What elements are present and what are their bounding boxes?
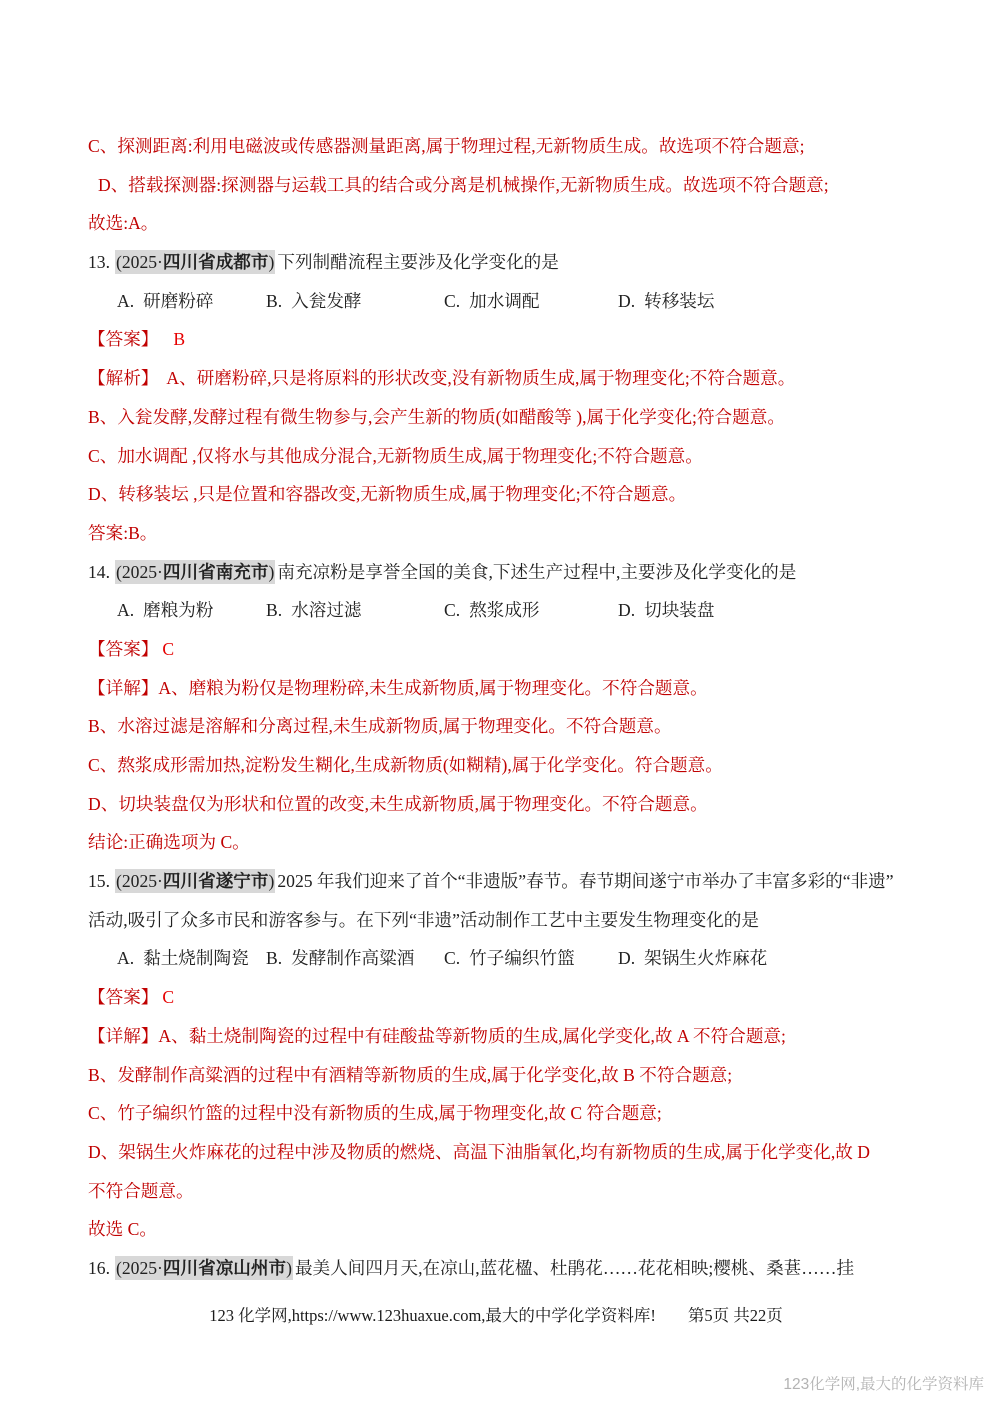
question-number: 13. (88, 252, 110, 272)
option-a[interactable]: A.磨粮为粉 (117, 591, 214, 630)
footer-url[interactable]: https://www.123huaxue.com (292, 1306, 482, 1325)
question-13-conclusion: 答案:B。 (88, 514, 924, 553)
option-a[interactable]: A.黏土烧制陶瓷 (117, 939, 249, 978)
option-d[interactable]: D.架锅生火炸麻花 (618, 939, 767, 978)
question-14-header: 14.(2025·四川省南充市)南充凉粉是享誉全国的美食,下述生产过程中,主要涉… (88, 553, 924, 592)
question-15-answer-line: 【答案】C (88, 978, 924, 1017)
option-c-label: C. (444, 948, 460, 968)
source-region: 四川省凉山州市 (163, 1258, 286, 1278)
question-14-analysis-a: 【详解】A、磨粮为粉仅是物理粉碎,未生成新物质,属于物理变化。不符合题意。 (88, 669, 924, 708)
question-number: 16. (88, 1258, 110, 1278)
option-a-text: 磨粮为粉 (143, 600, 213, 620)
option-d-label: D. (618, 600, 635, 620)
question-number: 15. (88, 871, 110, 891)
question-stem-line1: 2025 年我们迎来了首个“非遗版”春节。春节期间遂宁市举办了丰富多彩的“非遗” (277, 871, 893, 891)
question-number: 14. (88, 562, 110, 582)
question-14-analysis-b: B、水溶过滤是溶解和分离过程,未生成新物质,属于物理变化。不符合题意。 (88, 707, 924, 746)
question-source-highlight: (2025·四川省凉山州市) (115, 1256, 293, 1280)
question-13-analysis-c: C、加水调配 ,仅将水与其他成分混合,无新物质生成,属于物理变化;不符合题意。 (88, 437, 924, 476)
option-a-label: A. (117, 600, 134, 620)
question-13-header: 13.(2025·四川省成都市)下列制醋流程主要涉及化学变化的是 (88, 243, 924, 282)
answer-label: 【答案】 (88, 987, 158, 1007)
option-a-text: 研磨粉碎 (143, 291, 213, 311)
option-a-label: A. (117, 291, 134, 311)
question-15-analysis-d: D、架锅生火炸麻花的过程中涉及物质的燃烧、高温下油脂氧化,均有新物质的生成,属于… (88, 1133, 924, 1172)
question-14-analysis-d: D、切块装盘仅为形状和位置的改变,未生成新物质,属于物理变化。不符合题意。 (88, 785, 924, 824)
option-c-text: 竹子编织竹篮 (469, 948, 575, 968)
analysis-label: 【详解】 (88, 678, 158, 698)
question-14-conclusion: 结论:正确选项为 C。 (88, 823, 924, 862)
option-d-label: D. (618, 948, 635, 968)
explanation-line-option-d: D、搭载探测器:探测器与运载工具的结合或分离是机械操作,无新物质生成。故选项不符… (88, 166, 924, 205)
option-c[interactable]: C.加水调配 (444, 282, 540, 321)
option-a[interactable]: A.研磨粉碎 (117, 282, 214, 321)
question-15-conclusion: 故选 C。 (88, 1210, 924, 1249)
option-b-label: B. (266, 948, 282, 968)
option-c[interactable]: C.竹子编织竹篮 (444, 939, 575, 978)
question-13-answer-line: 【答案】B (88, 320, 924, 359)
analysis-text: A、黏土烧制陶瓷的过程中有硅酸盐等新物质的生成,属化学变化,故 A 不符合题意; (158, 1026, 786, 1046)
question-16-header: 16.(2025·四川省凉山州市)最美人间四月天,在凉山,蓝花楹、杜鹃花……花花… (88, 1249, 924, 1288)
site-watermark: 123化学网,最大的化学资料库 (783, 1372, 984, 1394)
source-region: 四川省南充市 (163, 562, 269, 582)
option-b[interactable]: B.发酵制作高粱酒 (266, 939, 414, 978)
source-year: (2025· (116, 252, 163, 272)
option-a-text: 黏土烧制陶瓷 (143, 948, 249, 968)
answer-label: 【答案】 (88, 639, 158, 659)
question-source-highlight: (2025·四川省成都市) (115, 250, 275, 274)
source-region: 四川省成都市 (163, 252, 269, 272)
option-d-label: D. (618, 291, 635, 311)
option-d[interactable]: D.转移装坛 (618, 282, 715, 321)
source-year: (2025· (116, 871, 163, 891)
answer-letter: C (162, 639, 174, 659)
footer-page-number: 第5页 共22页 (688, 1306, 783, 1325)
option-b-label: B. (266, 291, 282, 311)
analysis-text: A、研磨粉碎,只是将原料的形状改变,没有新物质生成,属于物理变化;不符合题意。 (166, 368, 795, 388)
question-15-analysis-a: 【详解】A、黏土烧制陶瓷的过程中有硅酸盐等新物质的生成,属化学变化,故 A 不符… (88, 1017, 924, 1056)
question-15-header: 15.(2025·四川省遂宁市)2025 年我们迎来了首个“非遗版”春节。春节期… (88, 862, 924, 901)
option-c-label: C. (444, 291, 460, 311)
source-region: 四川省遂宁市 (163, 871, 269, 891)
question-14-options: A.磨粮为粉 B.水溶过滤 C.熬浆成形 D.切块装盘 (88, 591, 924, 630)
option-c[interactable]: C.熬浆成形 (444, 591, 540, 630)
source-close: ) (268, 252, 274, 272)
answer-label: 【答案】 (88, 329, 158, 349)
option-d-text: 架锅生火炸麻花 (644, 948, 767, 968)
exam-document-page: C、探测距离:利用电磁波或传感器测量距离,属于物理过程,无新物质生成。故选项不符… (0, 0, 992, 1403)
question-stem: 下列制醋流程主要涉及化学变化的是 (277, 252, 559, 272)
question-13-options: A.研磨粉碎 B.入瓮发酵 C.加水调配 D.转移装坛 (88, 282, 924, 321)
option-d[interactable]: D.切块装盘 (618, 591, 715, 630)
question-13-analysis-a: 【解析】A、研磨粉碎,只是将原料的形状改变,没有新物质生成,属于物理变化;不符合… (88, 359, 924, 398)
option-b[interactable]: B.入瓮发酵 (266, 282, 362, 321)
option-c-label: C. (444, 600, 460, 620)
question-stem: 南充凉粉是享誉全国的美食,下述生产过程中,主要涉及化学变化的是 (277, 562, 796, 582)
option-b[interactable]: B.水溶过滤 (266, 591, 362, 630)
option-b-text: 发酵制作高粱酒 (291, 948, 414, 968)
page-footer: 123 化学网,https://www.123huaxue.com,最大的中学化… (0, 1303, 992, 1329)
source-year: (2025· (116, 562, 163, 582)
analysis-text: A、磨粮为粉仅是物理粉碎,未生成新物质,属于物理变化。不符合题意。 (158, 678, 707, 698)
explanation-line-option-c: C、探测距离:利用电磁波或传感器测量距离,属于物理过程,无新物质生成。故选项不符… (88, 127, 924, 166)
answer-letter: C (162, 987, 174, 1007)
footer-site-name: 123 化学网, (209, 1306, 292, 1325)
answer-letter: B (173, 329, 185, 349)
question-13-analysis-d: D、转移装坛 ,只是位置和容器改变,无新物质生成,属于物理变化;不符合题意。 (88, 475, 924, 514)
source-close: ) (286, 1258, 292, 1278)
question-15-analysis-b: B、发酵制作高粱酒的过程中有酒精等新物质的生成,属于化学变化,故 B 不符合题意… (88, 1056, 924, 1095)
question-source-highlight: (2025·四川省南充市) (115, 560, 275, 584)
question-14-answer-line: 【答案】C (88, 630, 924, 669)
question-13-analysis-b: B、入瓮发酵,发酵过程有微生物参与,会产生新的物质(如醋酸等 ),属于化学变化;… (88, 398, 924, 437)
question-15-stem-line2: 活动,吸引了众多市民和游客参与。在下列“非遗”活动制作工艺中主要发生物理变化的是 (88, 901, 924, 940)
page-content: C、探测距离:利用电磁波或传感器测量距离,属于物理过程,无新物质生成。故选项不符… (88, 127, 924, 1288)
question-14-analysis-c: C、熬浆成形需加热,淀粉发生糊化,生成新物质(如糊精),属于化学变化。符合题意。 (88, 746, 924, 785)
question-source-highlight: (2025·四川省遂宁市) (115, 869, 275, 893)
explanation-conclusion: 故选:A。 (88, 204, 924, 243)
option-b-label: B. (266, 600, 282, 620)
analysis-label: 【解析】 (88, 368, 158, 388)
option-d-text: 转移装坛 (644, 291, 714, 311)
footer-tagline: ,最大的中学化学资料库! (481, 1306, 656, 1325)
question-15-options: A.黏土烧制陶瓷 B.发酵制作高粱酒 C.竹子编织竹篮 D.架锅生火炸麻花 (88, 939, 924, 978)
question-stem: 最美人间四月天,在凉山,蓝花楹、杜鹃花……花花相映;樱桃、桑葚……挂 (295, 1258, 854, 1278)
source-close: ) (268, 562, 274, 582)
question-15-analysis-c: C、竹子编织竹篮的过程中没有新物质的生成,属于物理变化,故 C 符合题意; (88, 1094, 924, 1133)
option-c-text: 熬浆成形 (469, 600, 539, 620)
option-d-text: 切块装盘 (644, 600, 714, 620)
source-year: (2025· (116, 1258, 163, 1278)
analysis-label: 【详解】 (88, 1026, 158, 1046)
option-c-text: 加水调配 (469, 291, 539, 311)
option-a-label: A. (117, 948, 134, 968)
question-15-analysis-d-cont: 不符合题意。 (88, 1172, 924, 1211)
source-close: ) (268, 871, 274, 891)
option-b-text: 入瓮发酵 (291, 291, 361, 311)
option-b-text: 水溶过滤 (291, 600, 361, 620)
